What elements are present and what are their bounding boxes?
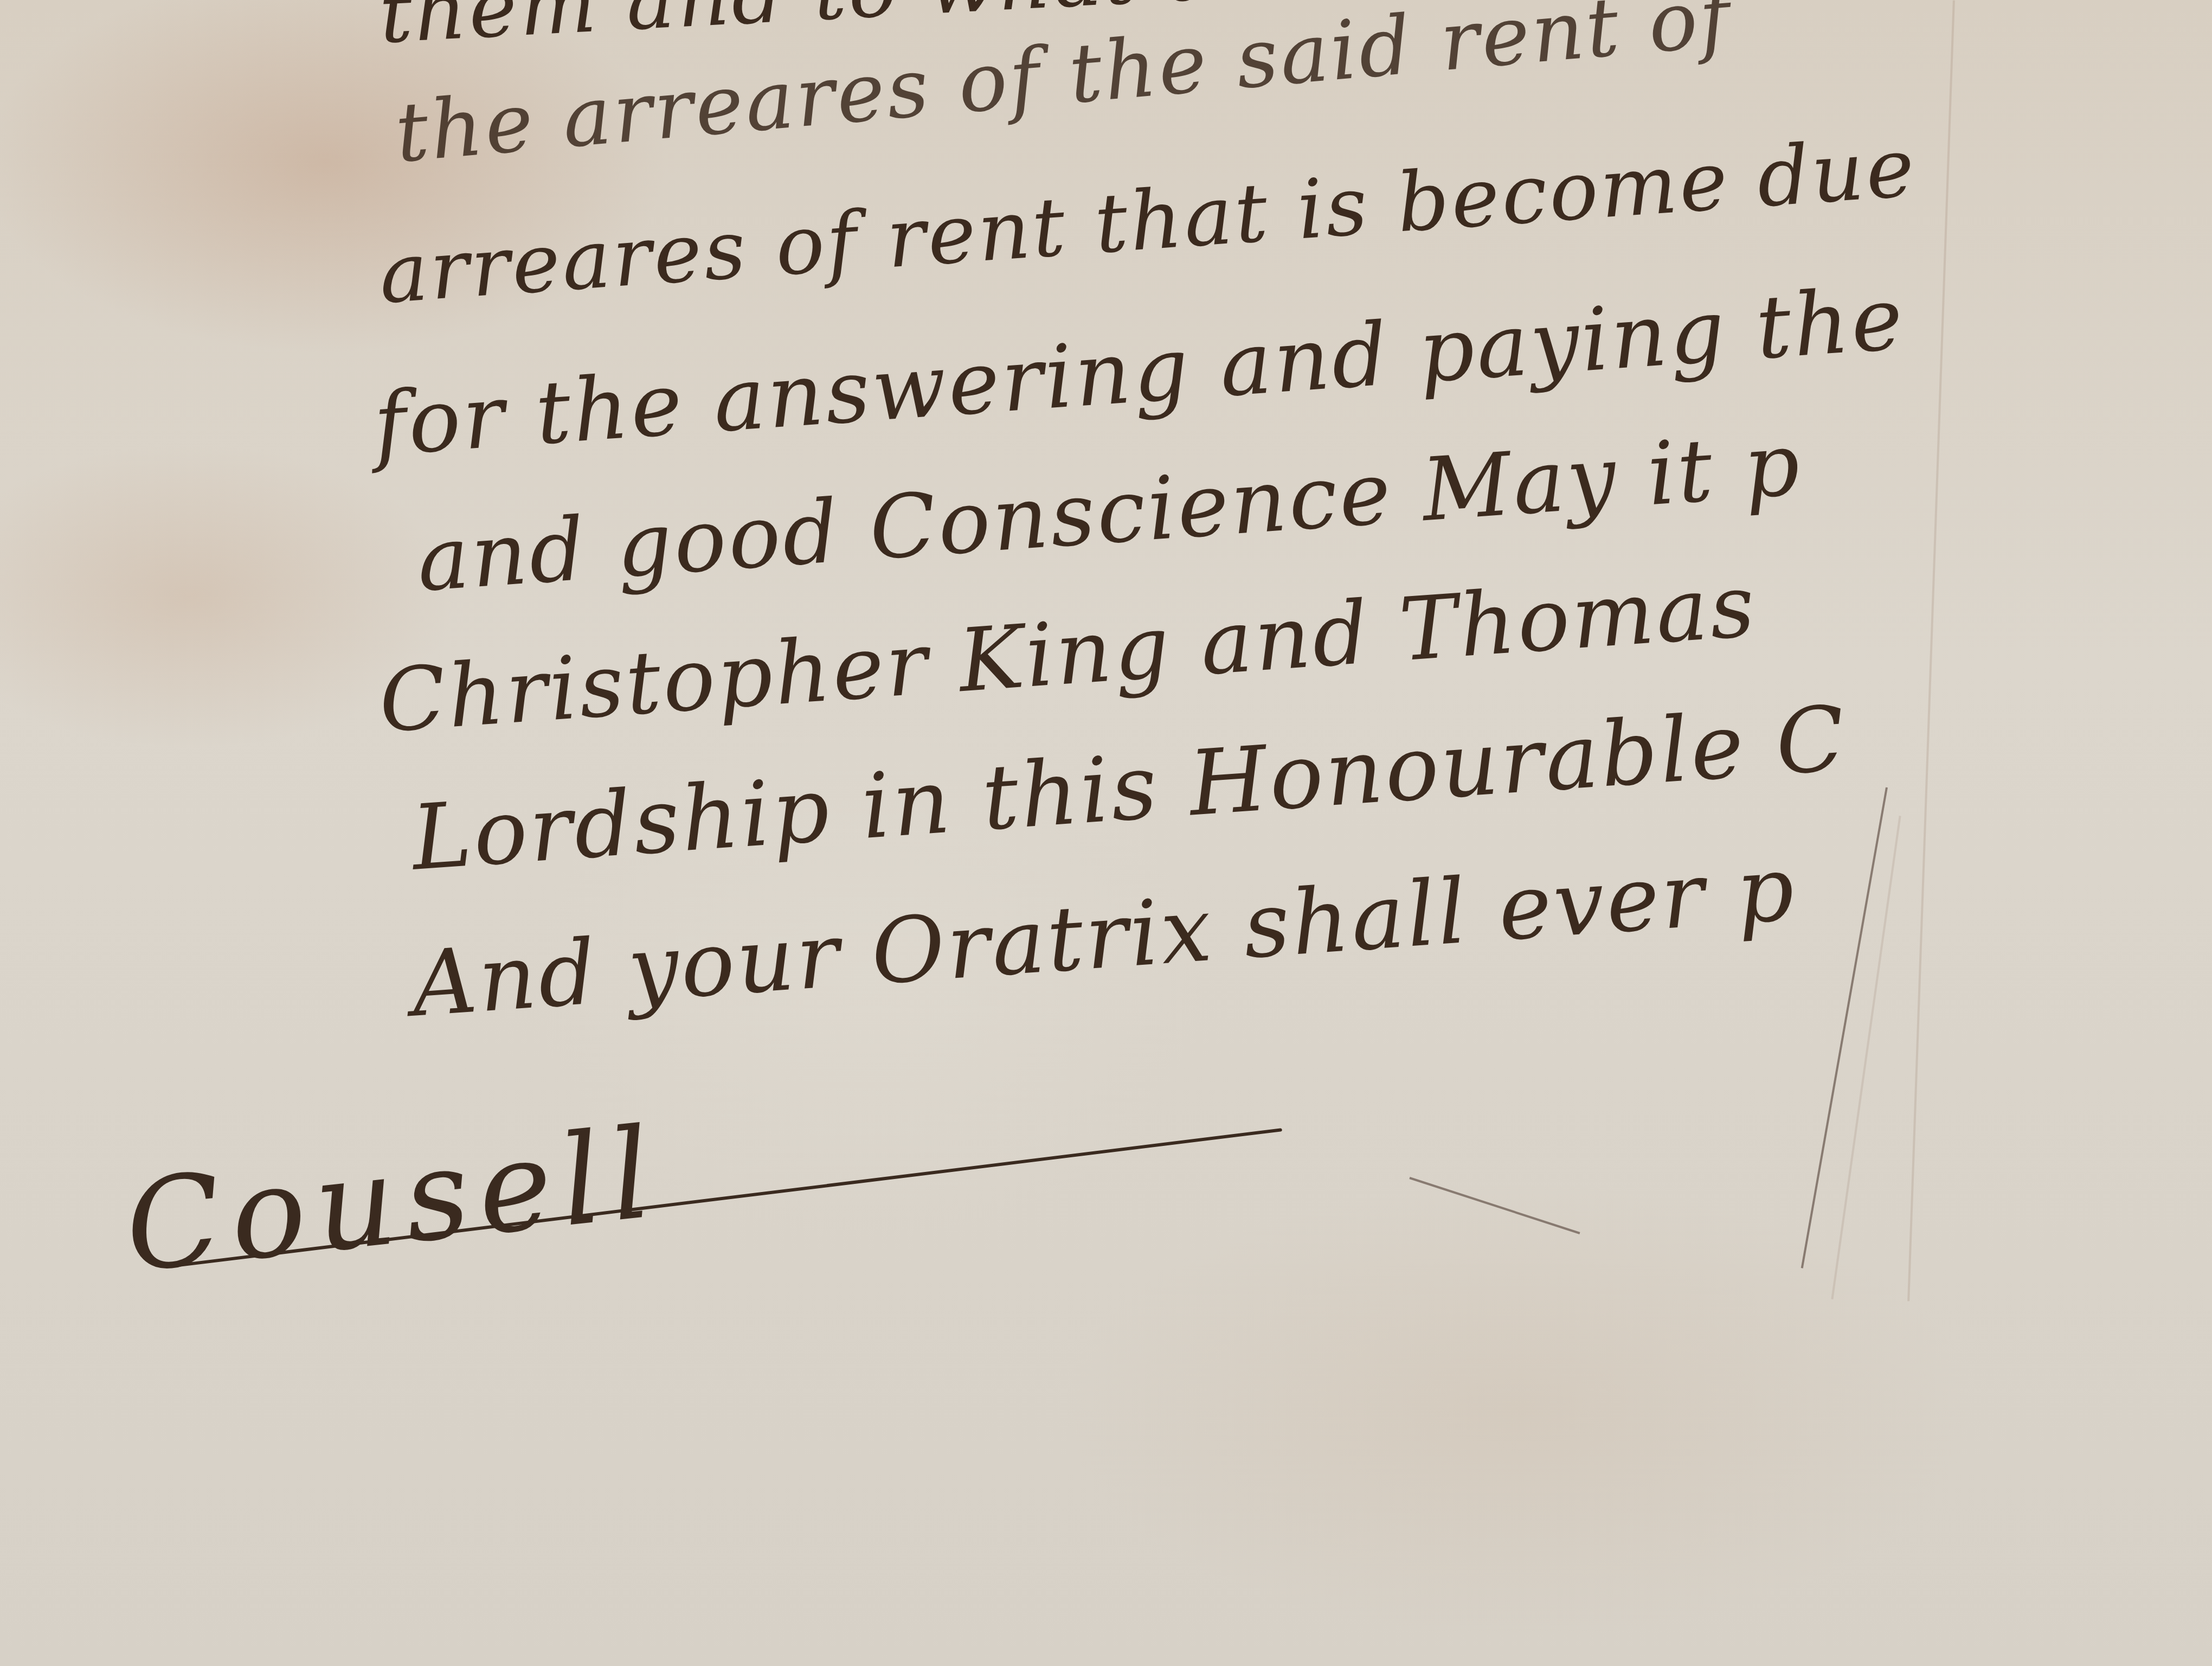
- signature: Cousell: [119, 1100, 667, 1300]
- manuscript-page: them and to what time the arreares of th…: [0, 0, 2212, 1666]
- ink-stroke: [1801, 787, 1888, 1268]
- ink-stroke: [1409, 1177, 1580, 1234]
- paper-fold-line: [1831, 816, 1901, 1299]
